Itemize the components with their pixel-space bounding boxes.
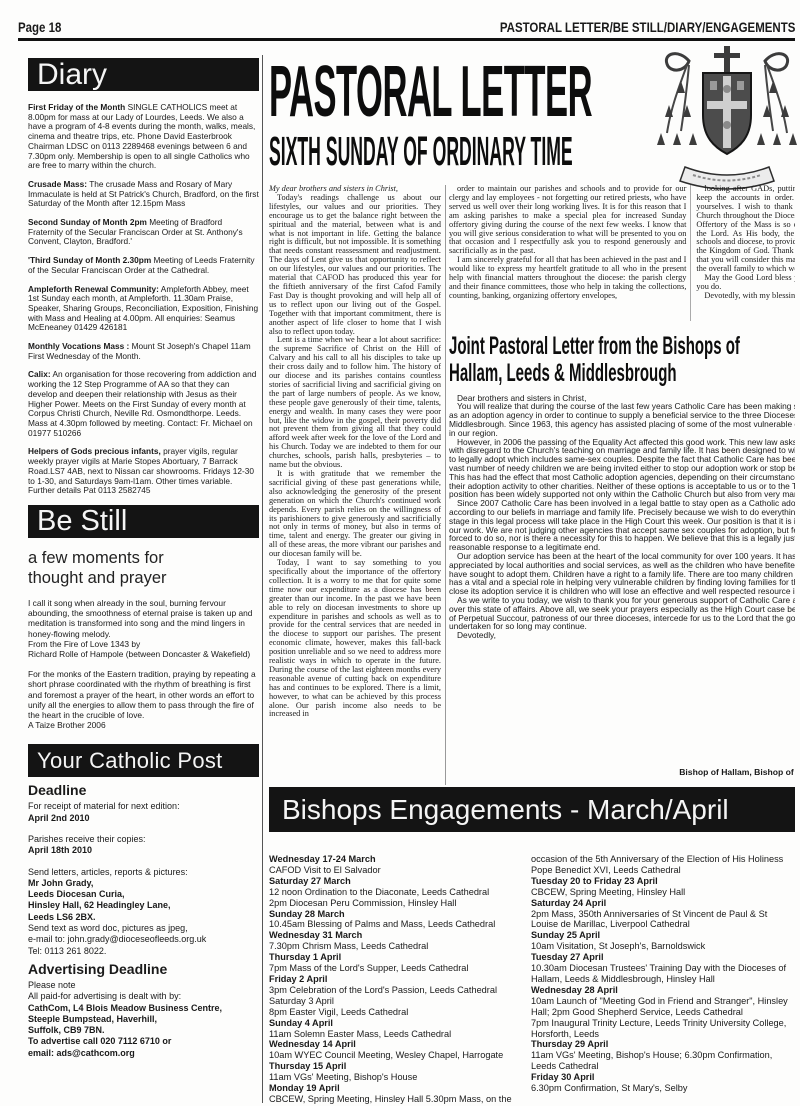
send-phone: Tel: 0113 261 8022. (28, 946, 259, 957)
diary-entry: Calix: An organisation for those recover… (28, 370, 259, 438)
pastoral-letter-subtitle: SIXTH SUNDAY OF ORDINARY TIME (269, 129, 495, 175)
joint-letter-heading-line1: Joint Pastoral Letter from the Bishops o… (449, 333, 740, 360)
ad-address: Suffolk, CB9 7BN. (28, 1025, 259, 1036)
engagements-columns: Wednesday 17-24 MarchCAFOD Visit to El S… (269, 854, 795, 1105)
be-still-credit: A Taize Brother 2006 (28, 720, 259, 730)
pastoral-paragraph: Today, I want to say something to you sp… (269, 559, 441, 719)
pastoral-signature: Arthur Roche Bishop of Leeds (696, 303, 795, 321)
engagements-title: Bishops Engagements - March/April (282, 794, 729, 826)
pastoral-paragraph: looking after GADs, putting on fund rais… (696, 185, 795, 274)
engagement-line: 11am VGs' Meeting, Bishop's House; 6.30p… (531, 1050, 795, 1072)
your-catholic-post-title: Your Catholic Post (37, 748, 223, 774)
joint-letter-closing: Devotedly, (449, 631, 795, 640)
engagement-line: 7.30pm Chrism Mass, Leeds Cathedral (269, 941, 519, 952)
diary-entry-lead: 'Third Sunday of Month 2.30pm (28, 255, 151, 265)
engagement-line: Thursday 29 April (531, 1039, 795, 1050)
joint-letter-paragraphs: You will realize that during the course … (449, 402, 795, 631)
joint-letter-heading-line2: Hallam, Leeds & Middlesbrough (449, 360, 740, 387)
engagement-line: Sunday 4 April (269, 1018, 519, 1029)
diary-entry: Monthly Vocations Mass : Mount St Joseph… (28, 342, 259, 361)
pastoral-paragraph: I am sincerely grateful for all that has… (449, 256, 686, 301)
pastoral-letter-columns: My dear brothers and sisters in Christ, … (269, 185, 795, 785)
engagement-line: Sunday 28 March (269, 909, 519, 920)
diary-entry-lead: Calix: (28, 369, 51, 379)
copies-label: Parishes receive their copies: (28, 834, 259, 845)
engagement-line: occasion of the 5th Anniversary of the E… (531, 854, 795, 876)
spacer (28, 857, 259, 867)
diary-entry: Crusade Mass: The crusade Mass and Rosar… (28, 180, 259, 209)
joint-letter-heading: Joint Pastoral Letter from the Bishops o… (449, 333, 795, 387)
engagement-line: 10am Visitation, St Joseph's, Barnoldswi… (531, 941, 795, 952)
deadline-label: For receipt of material for next edition… (28, 801, 259, 812)
engagement-line: Tuesday 20 to Friday 23 April (531, 876, 795, 887)
copies-date: April 18th 2010 (28, 845, 259, 856)
engagement-line: 6.30pm Confirmation, St Mary's, Selby (531, 1083, 795, 1094)
engagement-line: Saturday 24 April (531, 898, 795, 909)
pastoral-col3-paragraphs: looking after GADs, putting on fund rais… (696, 185, 795, 301)
diary-entry: Helpers of Gods precious infants, prayer… (28, 447, 259, 496)
spacer (28, 824, 259, 834)
be-still-heading: a few moments for thought and prayer (28, 548, 198, 588)
contact-org: Leeds Diocesan Curia, (28, 889, 259, 900)
engagements-right-column: occasion of the 5th Anniversary of the E… (531, 854, 795, 1105)
page-number: Page 18 (18, 19, 61, 35)
engagement-line: 12 noon Ordination to the Diaconate, Lee… (269, 887, 519, 898)
ad-address: CathCom, L4 Blois Meadow Business Centre… (28, 1003, 259, 1014)
engagement-line: Friday 2 April (269, 974, 519, 985)
pastoral-col1-paragraphs: Today's readings challenge us about our … (269, 194, 441, 719)
pastoral-letter-title: PASTORAL LETTER (269, 55, 521, 129)
engagements-section-header: Bishops Engagements - March/April (269, 787, 795, 832)
engagement-line: 8pm Easter Vigil, Leeds Cathedral (269, 1007, 519, 1018)
pastoral-column-3: looking after GADs, putting on fund rais… (690, 185, 795, 321)
diary-entry-lead: Second Sunday of Month 2pm (28, 217, 147, 227)
signature-name: Arthur Roche (696, 303, 795, 312)
be-still-section-header: Be Still (28, 505, 259, 538)
send-email: e-mail to: john.grady@dioceseofleeds.org… (28, 934, 259, 945)
engagement-line: 10.45am Blessing of Palms and Mass, Leed… (269, 919, 519, 930)
engagement-line: 2pm Diocesan Peru Commission, Hinsley Ha… (269, 898, 519, 909)
engagement-line: 7pm Inaugural Trinity Lecture, Leeds Tri… (531, 1018, 795, 1040)
engagement-line: Wednesday 31 March (269, 930, 519, 941)
engagement-line: 10am Launch of "Meeting God in Friend an… (531, 996, 795, 1018)
ad-note: Please note (28, 980, 259, 991)
be-still-body: I call it song when already in the soul,… (28, 598, 259, 730)
joint-letter-paragraph: Since 2007 Catholic Care has been involv… (449, 499, 795, 552)
diary-entry-lead: Monthly Vocations Mass : (28, 341, 129, 351)
diary-entry: 'Third Sunday of Month 2.30pm Meeting of… (28, 256, 259, 275)
signature-title: Bishop of Leeds (696, 312, 795, 321)
masthead-rule (18, 38, 795, 41)
deadline-heading: Deadline (28, 782, 259, 798)
diary-entry: First Friday of the Month SINGLE CATHOLI… (28, 103, 259, 171)
diary-entry-text: SINGLE CATHOLICS meet at 8.00pm for mass… (28, 102, 255, 170)
engagement-line: Wednesday 14 April (269, 1039, 519, 1050)
be-still-credit: Richard Rolle of Hampole (between Doncas… (28, 649, 259, 659)
engagement-line: Wednesday 28 April (531, 985, 795, 996)
be-still-paragraph: I call it song when already in the soul,… (28, 598, 259, 639)
diary-body: First Friday of the Month SINGLE CATHOLI… (28, 103, 259, 496)
engagement-line: CBCEW, Spring Meeting, Hinsley Hall 5.30… (269, 1094, 519, 1105)
pastoral-columns-2-3: order to maintain our parishes and schoo… (449, 185, 795, 321)
your-catholic-post-section-header: Your Catholic Post (28, 744, 259, 777)
pastoral-paragraph: It is with gratitude that we remember th… (269, 470, 441, 559)
joint-letter-paragraph: However, in 2006 the passing of the Equa… (449, 438, 795, 500)
column-rule (445, 185, 446, 785)
engagement-line: 10am WYEC Council Meeting, Wesley Chapel… (269, 1050, 519, 1061)
engagement-line: Friday 30 April (531, 1072, 795, 1083)
spacer (28, 659, 259, 669)
pastoral-paragraph: May the Good Lord bless you in this as w… (696, 274, 795, 292)
main-content: PASTORAL LETTER SIXTH SUNDAY OF ORDINARY… (269, 55, 795, 1105)
diary-entry-lead: Crusade Mass: (28, 179, 87, 189)
diary-entry: Ampleforth Renewal Community: Ampleforth… (28, 285, 259, 334)
pastoral-column-1: My dear brothers and sisters in Christ, … (269, 185, 441, 785)
diary-section-header: Diary (28, 58, 259, 91)
left-sidebar: Diary First Friday of the Month SINGLE C… (28, 58, 259, 1059)
ad-email: email: ads@cathcom.org (28, 1048, 259, 1059)
ad-phone: To advertise call 020 7112 6710 or (28, 1036, 259, 1047)
ad-note: All paid-for advertising is dealt with b… (28, 991, 259, 1002)
joint-letter-paragraph: You will realize that during the course … (449, 402, 795, 437)
your-catholic-post-body: Deadline For receipt of material for nex… (28, 782, 259, 1059)
engagement-line: Tuesday 27 April (531, 952, 795, 963)
pastoral-column-2: order to maintain our parishes and schoo… (449, 185, 690, 321)
masthead-section-header: PASTORAL LETTER/BE STILL/DIARY/ENGAGEMEN… (499, 19, 795, 35)
diary-entry: Second Sunday of Month 2pm Meeting of Br… (28, 218, 259, 247)
pastoral-right-region: order to maintain our parishes and schoo… (449, 185, 795, 785)
joint-letter-body: Dear brothers and sisters in Christ, You… (449, 394, 795, 640)
engagement-line: 11am VGs' Meeting, Bishop's House (269, 1072, 519, 1083)
engagement-line: Sunday 25 April (531, 930, 795, 941)
be-still-title: Be Still (37, 505, 127, 538)
engagement-line: CAFOD Visit to El Salvador (269, 865, 519, 876)
pastoral-paragraph: order to maintain our parishes and schoo… (449, 185, 686, 256)
pastoral-paragraph: Lent is a time when we hear a lot about … (269, 336, 441, 470)
send-note: Send text as word doc, pictures as jpeg, (28, 923, 259, 934)
engagements-left-column: Wednesday 17-24 MarchCAFOD Visit to El S… (269, 854, 519, 1105)
engagement-line: 10.30am Diocesan Trustees' Training Day … (531, 963, 795, 985)
ad-address: Steeple Bumpstead, Haverhill, (28, 1014, 259, 1025)
diary-entry-lead: Helpers of Gods precious infants, (28, 446, 161, 456)
send-label: Send letters, articles, reports & pictur… (28, 867, 259, 878)
diary-entry-lead: First Friday of the Month (28, 102, 125, 112)
deadline-date: April 2nd 2010 (28, 813, 259, 824)
engagement-line: Saturday 3 April (269, 996, 519, 1007)
bishop-coat-of-arms-image (657, 45, 797, 197)
engagement-line: Thursday 1 April (269, 952, 519, 963)
pastoral-paragraph: Today's readings challenge us about our … (269, 194, 441, 337)
contact-address: Leeds LS6 2BX. (28, 912, 259, 923)
engagement-line: 7pm Mass of the Lord's Supper, Leeds Cat… (269, 963, 519, 974)
be-still-credit: From the Fire of Love 1343 by (28, 639, 259, 649)
advertising-heading: Advertising Deadline (28, 961, 259, 977)
engagement-line: Saturday 27 March (269, 876, 519, 887)
pastoral-paragraph: Devotedly, with my blessing, (696, 292, 795, 301)
engagement-line: CBCEW, Spring Meeting, Hinsley Hall (531, 887, 795, 898)
engagement-line: 3pm Celebration of the Lord's Passion, L… (269, 985, 519, 996)
joint-letter-paragraph: As we write to you today, we wish to tha… (449, 596, 795, 631)
engagement-line: 11am Solemn Easter Mass, Leeds Cathedral (269, 1029, 519, 1040)
diary-entry-lead: Ampleforth Renewal Community: (28, 284, 159, 294)
joint-letter-paragraph: Our adoption service has been at the hea… (449, 552, 795, 596)
engagement-line: Wednesday 17-24 March (269, 854, 519, 865)
engagement-line: Monday 19 April (269, 1083, 519, 1094)
be-still-paragraph: For the monks of the Eastern tradition, … (28, 669, 259, 720)
diary-entry-text: An organisation for those recovering fro… (28, 369, 256, 437)
engagement-line: 2pm Mass, 350th Anniversaries of St Vinc… (531, 909, 795, 931)
contact-name: Mr John Grady, (28, 878, 259, 889)
joint-letter-signature: Bishop of Hallam, Bishop of Leeds , Bish… (679, 767, 795, 777)
engagement-line: Thursday 15 April (269, 1061, 519, 1072)
contact-address: Hinsley Hall, 62 Headingley Lane, (28, 900, 259, 911)
diary-title: Diary (37, 58, 107, 92)
column-divider-rule (262, 55, 263, 1103)
